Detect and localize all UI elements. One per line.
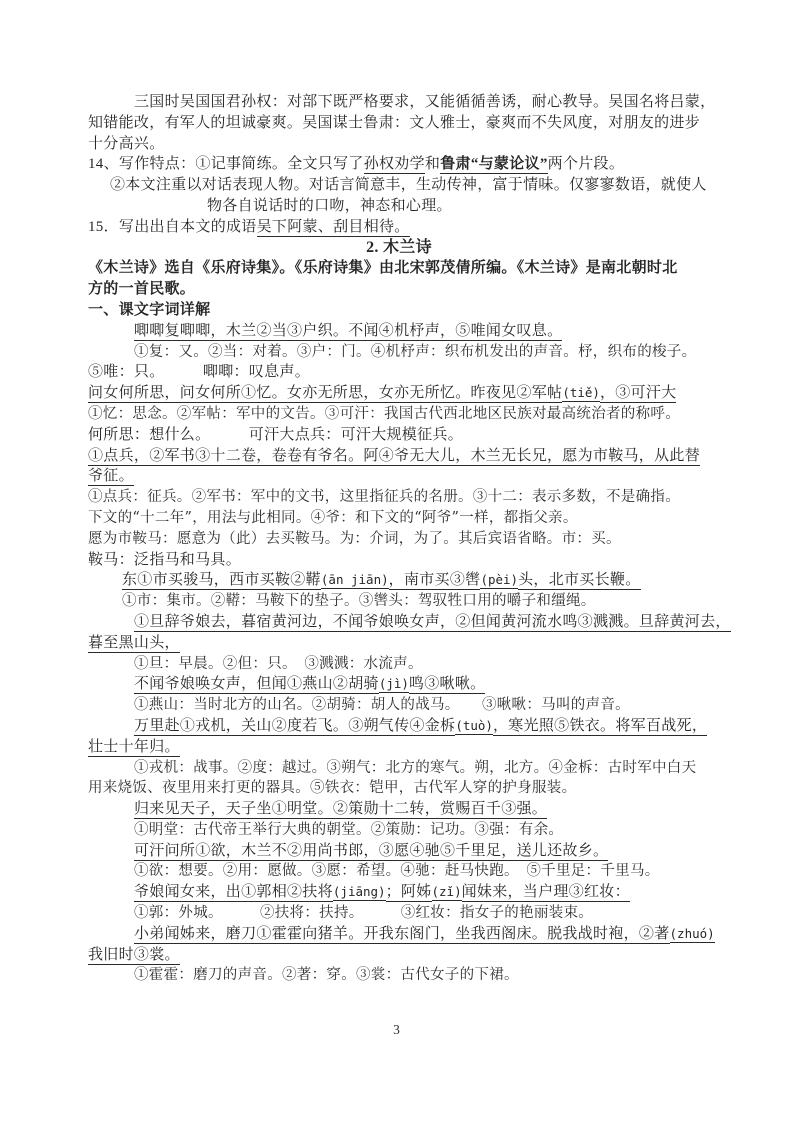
- text-line: ①戎机：战事。②度：越过。③朔气：北方的寒气。朔，北方。④金柝：古时军中白天: [88, 758, 710, 779]
- text-line: ①点兵：征兵。②军书：军中的文书，这里指征兵的名册。③十二：表示多数，不是确指。: [88, 487, 710, 508]
- text-line: ①旦：早晨。②但：只。 ③溅溅：水流声。: [88, 654, 710, 675]
- text-line: ①欲：想要。②用：愿做。③愿：希望。④驰：赶马快跑。 ⑤千里足：千里马。: [88, 861, 710, 882]
- text-line: 归来见天子，天子坐①明堂。②策勋十二转，赏赐百千③强。: [88, 799, 710, 820]
- pinyin-text: (ān jiān): [321, 572, 389, 589]
- text-segment: ⑤唯：只。 唧唧：叹息声。: [88, 364, 310, 380]
- text-segment: ，南市买③辔: [389, 572, 481, 590]
- text-segment: 十分高兴。: [88, 136, 165, 152]
- text-segment: ②本文注重以对话表现人物。对话言简意丰，生动传神，富于情味。仅寥寥数语，就使人: [110, 177, 707, 193]
- text-line: 一、课文字词详解: [88, 300, 710, 321]
- text-segment: 何所思：想什么。 可汗大点兵：可汗大规模征兵。: [88, 427, 463, 443]
- text-segment: 不闻爷娘唤女声，但闻①燕山②胡骑: [134, 676, 379, 694]
- text-line: 可汗问所①欲，木兰不②用尚书郎，③愿④驰⑤千里足，送儿还故乡。: [88, 841, 710, 862]
- text-line: 愿为市鞍马：愿意为（此）去买鞍马。为：介词，为了。其后宾语省略。市：买。: [88, 529, 710, 550]
- text-segment: 头，北市买长鞭。: [518, 572, 640, 590]
- text-segment: 和: [425, 156, 440, 172]
- text-line: 14、写作特点：①记事简练。全文只写了孙权劝学和鲁肃“与蒙论议”两个片段。: [88, 154, 710, 175]
- pinyin-text: (jì): [379, 676, 409, 693]
- pinyin-text: (zhuó): [670, 926, 715, 943]
- text-segment: ①市：集市。②鞯：马鞍下的垫子。③辔头：驾驭牲口用的嚼子和缰绳。: [122, 593, 596, 609]
- text-line: ①点兵，②军书③十二卷，卷卷有爷名。阿④爷无大儿，木兰无长兄，愿为市鞍马，从此替: [88, 446, 710, 467]
- text-line: 我旧时③裳。: [88, 945, 710, 966]
- text-line: 用来烧饭、夜里用来打更的器具。⑤铁衣：铠甲，古代军人穿的护身服装。: [88, 778, 710, 799]
- text-segment: ①欲：想要。②用：愿做。③愿：希望。④驰：赶马快跑。 ⑤千里足：千里马。: [134, 863, 660, 879]
- text-segment: ，寒光照⑤铁衣。将军百战死，: [493, 718, 707, 736]
- text-line: 唧唧复唧唧，木兰②当③户织。不闻④机杼声，⑤唯闻女叹息。: [88, 321, 710, 342]
- text-line: 何所思：想什么。 可汗大点兵：可汗大规模征兵。: [88, 425, 710, 446]
- text-segment: 闻妹来，当户理③红妆：: [462, 884, 630, 902]
- text-line: ①复：又。②当：对着。③户：门。④机杼声：织布机发出的声音。杼，织布的梭子。: [88, 342, 710, 363]
- text-segment: 一、课文字词详解: [88, 302, 210, 318]
- text-segment: 15．写出出自本文的成语: [88, 219, 257, 235]
- pinyin-text: (pèi): [480, 572, 518, 589]
- text-segment: 问女何所思，问女何所①忆。女亦无所思，女亦无所忆。昨夜见②军帖: [88, 385, 562, 403]
- text-line: 三国时吴国国君孙权：对部下既严格要求，又能循循善诱，耐心教导。吴国名将吕蒙，: [88, 92, 710, 113]
- text-segment: 鸣③啾啾。: [409, 676, 486, 694]
- text-segment: 下文的“十二年”，用法与此相同。④爷：和下文的“阿爷”一样，都指父亲。: [88, 510, 578, 526]
- text-line: 15．写出出自本文的成语吴下阿蒙、刮目相待。: [88, 217, 710, 238]
- text-segment: 爷征。: [88, 468, 134, 486]
- text-segment: 《木兰诗》选自《乐府诗集》。《乐府诗集》由北宋郭茂倩所编。《木兰诗》是南北朝时北: [88, 260, 678, 276]
- text-line: 万里赴①戎机，关山②度若飞。③朔气传④金柝(tuò)，寒光照⑤铁衣。将军百战死，: [88, 716, 710, 737]
- text-line: ⑤唯：只。 唧唧：叹息声。: [88, 362, 710, 383]
- text-segment: ①戎机：战事。②度：越过。③朔气：北方的寒气。朔，北方。④金柝：古时军中白天: [134, 760, 696, 776]
- text-line: ①忆：思念。②军帖：军中的文告。③可汗：我国古代西北地区民族对最高统治者的称呼。: [88, 404, 710, 425]
- text-segment: ①点兵：征兵。②军书：军中的文书，这里指征兵的名册。③十二：表示多数，不是确指。: [88, 489, 680, 505]
- text-line: 知错能改，有军人的坦诚豪爽。吴国谋士鲁肃：文人雅士，豪爽而不失风度，对朋友的进步: [88, 113, 710, 134]
- text-line: 东①市买骏马，西市买鞍②鞯(ān jiān)，南市买③辔(pèi)头，北市买长鞭…: [88, 570, 710, 591]
- text-segment: 唧唧复唧唧，木兰②当③户织。不闻④机杼声，⑤唯闻女叹息。: [134, 323, 562, 341]
- text-segment: 知错能改，有军人的坦诚豪爽。吴国谋士鲁肃：文人雅士，豪爽而不失风度，对朋友的进步: [88, 115, 700, 131]
- text-segment: ①复：又。②当：对着。③户：门。④机杼声：织布机发出的声音。杼，织布的梭子。: [134, 344, 696, 360]
- text-segment: 鞍马：泛指马和马具。: [88, 552, 241, 568]
- text-segment: ①明堂：古代帝王举行大典的朝堂。②策勋：记功。③强：有余。: [134, 822, 563, 838]
- text-segment: 两个片段。: [548, 156, 625, 172]
- text-segment: ①旦辞爷娘去，暮宿黄河边，不闻爷娘唤女声，②但闻黄河流水鸣③溅溅。旦辞黄河去，: [134, 614, 731, 632]
- text-line: 不闻爷娘唤女声，但闻①燕山②胡骑(jì)鸣③啾啾。: [88, 674, 710, 695]
- pinyin-text: (tiě): [562, 385, 600, 402]
- text-segment: 愿为市鞍马：愿意为（此）去买鞍马。为：介词，为了。其后宾语省略。市：买。: [88, 531, 621, 547]
- text-segment: ，③可汗大: [600, 385, 677, 403]
- text-segment: 爷娘闻女来，出①郭相②扶将: [134, 884, 333, 902]
- page-number: 3: [0, 1022, 793, 1038]
- text-line: 鞍马：泛指马和马具。: [88, 550, 710, 571]
- text-segment: ①霍霍：磨刀的声音。②著：穿。③裳：古代女子的下裙。: [134, 967, 519, 983]
- text-line: 下文的“十二年”，用法与此相同。④爷：和下文的“阿爷”一样，都指父亲。: [88, 508, 710, 529]
- document-page: 三国时吴国国君孙权：对部下既严格要求，又能循循善诱，耐心教导。吴国名将吕蒙，知错…: [0, 0, 793, 1122]
- text-segment: 三国时吴国国君孙权：对部下既严格要求，又能循循善诱，耐心教导。吴国名将吕蒙，: [134, 94, 715, 110]
- text-segment: 万里赴①戎机，关山②度若飞。③朔气传④金柝: [134, 718, 455, 736]
- text-line: ①旦辞爷娘去，暮宿黄河边，不闻爷娘唤女声，②但闻黄河流水鸣③溅溅。旦辞黄河去，: [88, 612, 710, 633]
- text-segment: 小弟闻姊来，磨刀①霍霍向猪羊。开我东阁门，坐我西阁床。脱我战时袍，②著: [134, 926, 670, 944]
- text-line: 壮士十年归。: [88, 737, 710, 758]
- text-segment: 壮士十年归。: [88, 739, 180, 757]
- text-segment: ①郭：外城。 ②扶将：扶持。 ③红妆：指女子的艳丽装束。: [134, 905, 593, 921]
- pinyin-text: (tuò): [455, 718, 493, 735]
- text-segment: ①燕山：当时北方的山名。②胡骑：胡人的战马。 ③啾啾：马叫的声音。: [134, 697, 630, 713]
- text-segment: 孙权劝学: [364, 156, 425, 174]
- text-line: ①霍霍：磨刀的声音。②著：穿。③裳：古代女子的下裙。: [88, 965, 710, 986]
- text-segment: 东①市买骏马，西市买鞍②鞯: [122, 572, 321, 590]
- text-line: ①燕山：当时北方的山名。②胡骑：胡人的战马。 ③啾啾：马叫的声音。: [88, 695, 710, 716]
- text-segment: ①忆：思念。②军帖：军中的文告。③可汗：我国古代西北地区民族对最高统治者的称呼。: [88, 406, 680, 422]
- text-line: 物各自说话时的口吻，神态和心理。: [88, 196, 710, 217]
- text-segment: 方的一首民歌。: [88, 281, 195, 297]
- text-segment: 物各自说话时的口吻，神态和心理。: [207, 198, 452, 214]
- text-line: ②本文注重以对话表现人物。对话言简意丰，生动传神，富于情味。仅寥寥数语，就使人: [88, 175, 710, 196]
- text-segment: 2. 木兰诗: [366, 239, 432, 256]
- pinyin-text: (zǐ): [432, 884, 462, 901]
- text-line: 小弟闻姊来，磨刀①霍霍向猪羊。开我东阁门，坐我西阁床。脱我战时袍，②著(zhuó…: [88, 924, 710, 945]
- section-heading: 2. 木兰诗: [88, 238, 710, 259]
- document-content: 三国时吴国国君孙权：对部下既严格要求，又能循循善诱，耐心教导。吴国名将吕蒙，知错…: [88, 92, 710, 986]
- text-line: 方的一首民歌。: [88, 279, 710, 300]
- text-segment: 归来见天子，天子坐①明堂。②策勋十二转，赏赐百千③强。: [134, 801, 547, 819]
- text-line: 十分高兴。: [88, 134, 710, 155]
- text-segment: ；阿姊: [386, 884, 432, 902]
- text-line: 爷娘闻女来，出①郭相②扶将(jiāng)；阿姊(zǐ)闻妹来，当户理③红妆：: [88, 882, 710, 903]
- text-segment: ①点兵，②军书③十二卷，卷卷有爷名。阿④爷无大儿，木兰无长兄，愿为市鞍马，从此替: [88, 448, 700, 466]
- text-line: ①郭：外城。 ②扶将：扶持。 ③红妆：指女子的艳丽装束。: [88, 903, 710, 924]
- text-segment: 鲁肃“与蒙论议”: [440, 156, 547, 174]
- text-line: 暮至黑山头，: [88, 633, 710, 654]
- pinyin-text: (jiāng): [333, 884, 386, 901]
- text-segment: 14、写作特点：①记事简练。全文只写了: [88, 156, 364, 172]
- text-segment: ①旦：早晨。②但：只。 ③溅溅：水流声。: [134, 656, 423, 672]
- text-line: 爷征。: [88, 466, 710, 487]
- text-segment: 吴下阿蒙、刮目相待。: [257, 219, 410, 237]
- text-segment: 用来烧饭、夜里用来打更的器具。⑤铁衣：铠甲，古代军人穿的护身服装。: [88, 780, 576, 796]
- text-segment: 可汗问所①欲，木兰不②用尚书郎，③愿④驰⑤千里足，送儿还故乡。: [134, 843, 608, 861]
- text-line: ①明堂：古代帝王举行大典的朝堂。②策勋：记功。③强：有余。: [88, 820, 710, 841]
- text-segment: 暮至黑山头，: [88, 635, 180, 653]
- text-line: 问女何所思，问女何所①忆。女亦无所思，女亦无所忆。昨夜见②军帖(tiě)，③可汗…: [88, 383, 710, 404]
- text-segment: 我旧时③裳。: [88, 947, 180, 965]
- text-line: ①市：集市。②鞯：马鞍下的垫子。③辔头：驾驭牲口用的嚼子和缰绳。: [88, 591, 710, 612]
- text-line: 《木兰诗》选自《乐府诗集》。《乐府诗集》由北宋郭茂倩所编。《木兰诗》是南北朝时北: [88, 258, 710, 279]
